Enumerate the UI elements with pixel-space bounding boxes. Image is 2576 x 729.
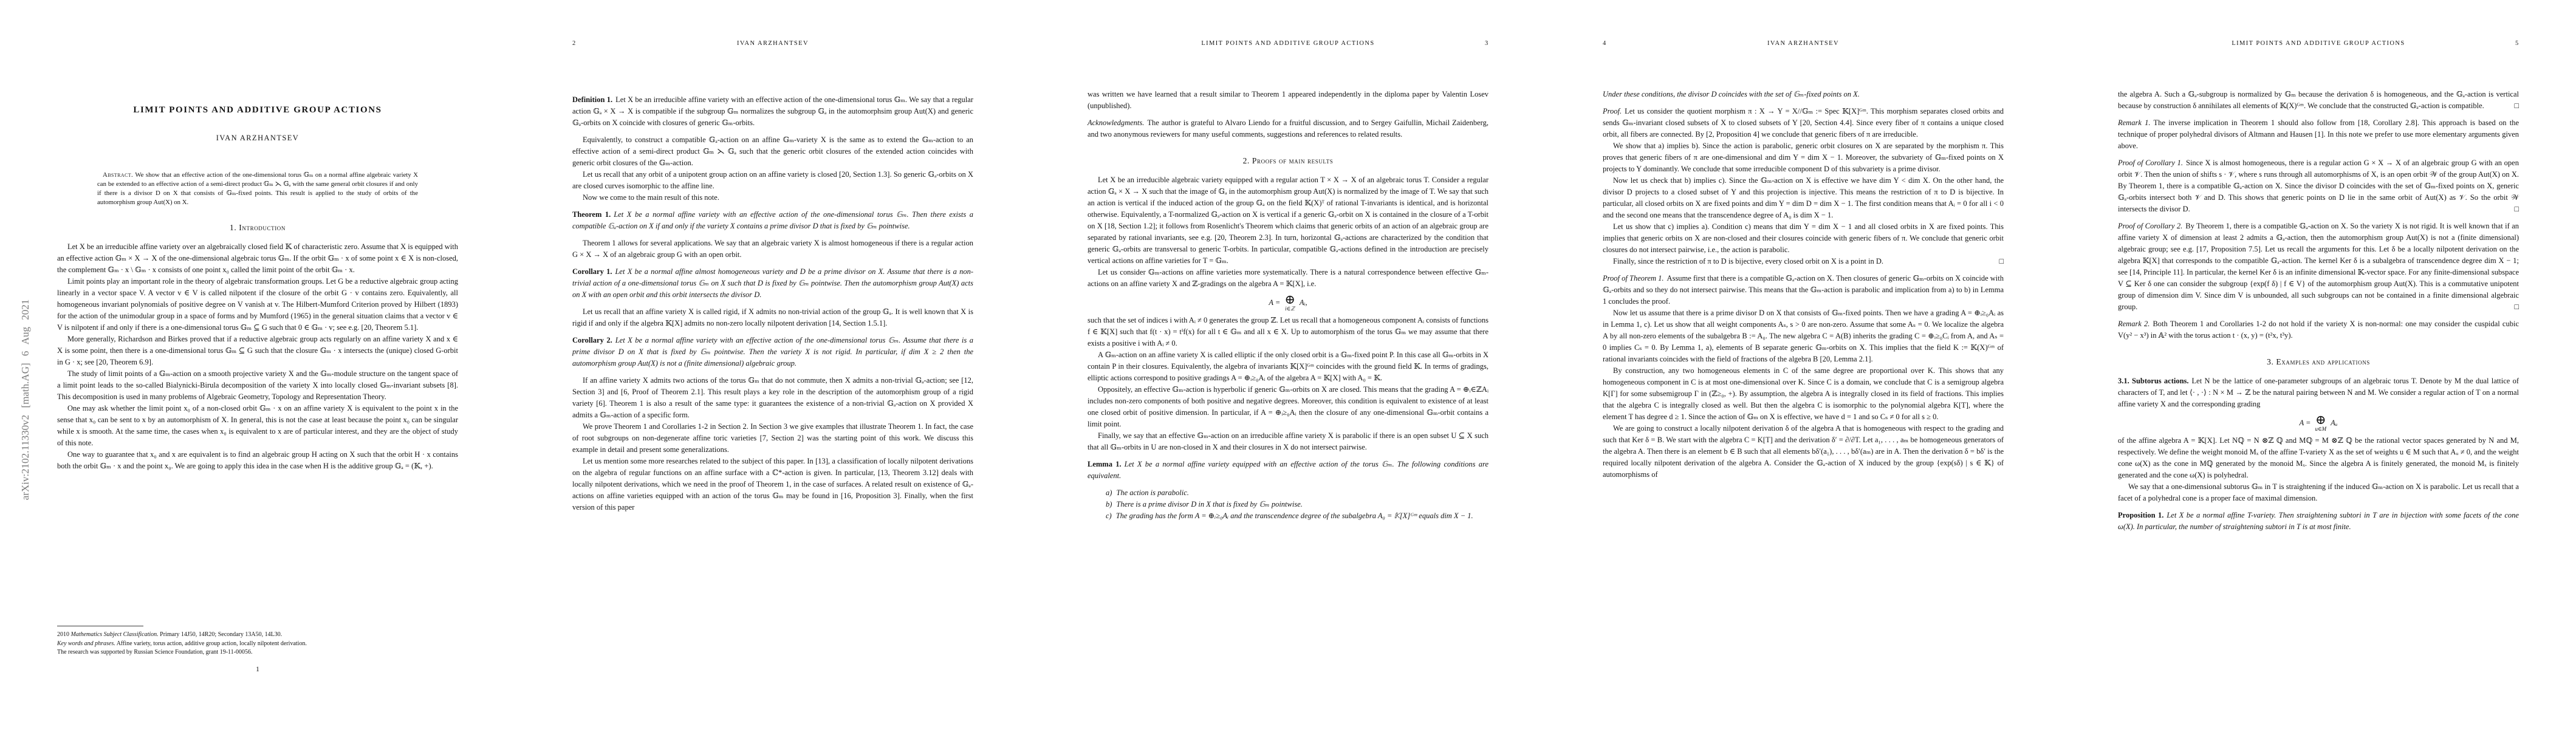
footnote-funding-text: The research was supported by Russian Sc… (57, 649, 253, 655)
paragraph-p: Now let us assume that there is a prime … (1603, 307, 2004, 365)
page-1: arXiv:2102.11330v2 [math.AG] 6 Aug 2021 … (0, 0, 515, 729)
paragraph-pn: the algebra A. Such a 𝔾ₐ-subgroup is nor… (2118, 89, 2519, 112)
block-label: Acknowledgments. (1088, 118, 1144, 127)
qed-square: □ (2514, 100, 2519, 112)
sum-index: u∈M (2315, 426, 2327, 432)
paragraph-p: We say that a one-dimensional subtorus 𝔾… (2118, 481, 2519, 504)
block-text: The study of limit points of a 𝔾ₘ-action… (57, 369, 458, 401)
paragraph-p: The study of limit points of a 𝔾ₘ-action… (57, 368, 458, 403)
paragraph-p: Oppositely, an effective 𝔾ₘ-action is hy… (1088, 384, 1488, 430)
paragraph-p: We are going to construct a locally nilp… (1603, 423, 2004, 481)
block-label: Proposition 1. (2118, 511, 2163, 519)
paragraph-remark: Remark 2.Both Theorem 1 and Corollaries … (2118, 318, 2519, 341)
block-text: Finally, we say that an effective 𝔾ₘ-act… (1088, 431, 1488, 451)
paragraph-p: Let us consider 𝔾ₘ-actions on affine var… (1088, 267, 1488, 290)
footnote-line-keywords: Key words and phrases. Affine variety, t… (57, 640, 458, 649)
lemma-list-item: a)The action is parabolic. (1088, 487, 1488, 499)
paragraph-p: Let X be an irreducible algebraic variet… (1088, 174, 1488, 267)
paragraph-p: Now let us check that b) implies c). Sin… (1603, 175, 2004, 221)
paper-screenshot: { "arxiv_stamp": "arXiv:2102.11330v2 [ma… (0, 0, 2576, 729)
oplus-symbol: ⊕ (2315, 414, 2326, 426)
section-heading: 2. Proofs of main results (1088, 155, 1488, 166)
block-text: was written we have learned that a resul… (1088, 90, 1488, 110)
qed-square: □ (1989, 256, 2004, 267)
abstract-label: Abstract. (103, 171, 133, 179)
paragraph-pn: was written we have learned that a resul… (1088, 89, 1488, 112)
block-label: Corollary 2. (572, 336, 612, 344)
section-heading: 1. Introduction (57, 222, 458, 233)
page-2-number: 2 (572, 40, 588, 47)
page-4-number: 4 (1603, 40, 1619, 47)
page-3-running-head: LIMIT POINTS AND ADDITIVE GROUP ACTIONS … (1088, 40, 1488, 47)
block-label: Proof. (1603, 107, 1622, 115)
block-label: Proof of Theorem 1. (1603, 274, 1664, 282)
block-text: Let X be a normal affine T-variety. Then… (2118, 511, 2519, 531)
footnote-rule (57, 626, 143, 626)
block-text: Now let us check that b) implies c). Sin… (1603, 176, 2004, 219)
paragraph-p: More generally, Richardson and Birkes pr… (57, 334, 458, 368)
paragraph-p: By construction, any two homogeneous ele… (1603, 365, 2004, 423)
page-1-number: 1 (0, 666, 515, 673)
lemma-list-item: b)There is a prime divisor D in X that i… (1088, 499, 1488, 510)
item-text: The action is parabolic. (1116, 488, 1188, 497)
direct-sum-operator: ⊕i∈ℤ (1284, 294, 1295, 312)
item-marker: a) (1106, 488, 1112, 497)
page-3-head-title: LIMIT POINTS AND ADDITIVE GROUP ACTIONS (1103, 40, 1473, 47)
paragraph-def: Definition 1.Let X be an irreducible aff… (572, 94, 973, 129)
block-text: By construction, any two homogeneous ele… (1603, 366, 2004, 421)
equation-lhs: A = (2300, 417, 2311, 429)
page-5-running-head: LIMIT POINTS AND ADDITIVE GROUP ACTIONS … (2118, 40, 2519, 47)
lemma-list-item: c)The grading has the form A = ⊕ᵢ≥₀Aᵢ an… (1088, 510, 1488, 522)
paragraph-p: A 𝔾ₘ-action on an affine variety X is ca… (1088, 349, 1488, 384)
block-text: One may ask whether the limit point x₀ o… (57, 404, 458, 447)
paragraph-thm: Corollary 2.Let X be a normal affine var… (572, 335, 973, 369)
paragraph-subsec: 3.1. Subtorus actions.Let N be the latti… (2118, 375, 2519, 410)
paragraph-p: One may ask whether the limit point x₀ o… (57, 403, 458, 449)
block-text: Let X be an irreducible affine variety w… (572, 95, 973, 127)
page-3: LIMIT POINTS AND ADDITIVE GROUP ACTIONS … (1030, 0, 1546, 729)
paragraph-p: Let us show that c) implies a). Conditio… (1603, 221, 2004, 256)
block-text: of the affine algebra A = 𝕂[X]. Let Nℚ =… (2118, 436, 2519, 479)
paragraph-p: Finally, we say that an effective 𝔾ₘ-act… (1088, 430, 1488, 453)
paragraph-pn: such that the set of indices i with Aᵢ ≠… (1088, 315, 1488, 349)
paper-title: LIMIT POINTS AND ADDITIVE GROUP ACTIONS (57, 104, 458, 116)
page-2-running-head: 2 IVAN ARZHANTSEV (572, 40, 973, 47)
paragraph-p: We prove Theorem 1 and Corollaries 1-2 i… (572, 421, 973, 456)
paragraph-p: Theorem 1 allows for several application… (572, 238, 973, 261)
page-4-running-head: 4 IVAN ARZHANTSEV (1603, 40, 2004, 47)
paragraph-p: If an affine variety X admits two action… (572, 375, 973, 421)
qed-square: □ (2514, 204, 2519, 215)
block-text: Let X be a normal affine variety with an… (572, 336, 973, 368)
block-label: Proof of Corollary 2. (2118, 222, 2182, 230)
equation-rhs: Aᵤ (2331, 417, 2337, 429)
paragraph-proof: Proof of Corollary 2.By Theorem 1, there… (2118, 221, 2519, 313)
block-text: We say that a one-dimensional subtorus 𝔾… (2118, 482, 2519, 502)
item-text: There is a prime divisor D in X that is … (1116, 500, 1302, 508)
page-5-content: the algebra A. Such a 𝔾ₐ-subgroup is nor… (2118, 89, 2519, 538)
paragraph-remark: Remark 1.The inverse implication in Theo… (2118, 117, 2519, 152)
footnote-keywords-lead: Key words and phrases. (57, 640, 115, 647)
equation-lhs: A = (1269, 297, 1280, 309)
block-text: Now let us assume that there is a prime … (1603, 309, 2004, 363)
block-text: Let us consider 𝔾ₘ-actions on affine var… (1088, 268, 1488, 288)
footnote-line-msc: 2010 Mathematics Subject Classification.… (57, 631, 458, 640)
block-text: Now we come to the main result of this n… (583, 193, 719, 202)
paragraph-p: Now we come to the main result of this n… (572, 192, 973, 204)
paper-abstract: Abstract. We show that an effective acti… (97, 171, 418, 207)
page-2-head-title: IVAN ARZHANTSEV (588, 40, 957, 47)
block-text: By Theorem 1, there is a compatible 𝔾ₐ-a… (2118, 222, 2519, 311)
block-text: Oppositely, an effective 𝔾ₘ-action is hy… (1088, 385, 1488, 428)
paragraph-thm: Proposition 1.Let X be a normal affine T… (2118, 510, 2519, 533)
block-label: Theorem 1. (572, 210, 611, 219)
block-label: Lemma 1. (1088, 460, 1122, 468)
page-1-content: LIMIT POINTS AND ADDITIVE GROUP ACTIONS … (57, 0, 458, 472)
item-marker: b) (1106, 500, 1112, 508)
paragraph-p: Let us mention some more researches rela… (572, 456, 973, 513)
page-3-number: 3 (1473, 40, 1488, 47)
equation-rhs: Aᵢ, (1300, 297, 1307, 309)
block-label: Remark 1. (2118, 118, 2151, 127)
footnote-msc-text: Primary 14J50, 14R20; Secondary 13A50, 1… (159, 631, 283, 638)
block-text: Let us recall that an affine variety X i… (572, 307, 973, 327)
paragraph-proof: Proof of Theorem 1.Assume first that the… (1603, 273, 2004, 307)
block-text: the algebra A. Such a 𝔾ₐ-subgroup is nor… (2118, 90, 2519, 110)
footnote-msc-lead: Mathematics Subject Classification. (71, 631, 159, 638)
block-text: Let X be an irreducible algebraic variet… (1088, 176, 1488, 265)
page-2: 2 IVAN ARZHANTSEV Definition 1.Let X be … (515, 0, 1030, 729)
footnote-block: 2010 Mathematics Subject Classification.… (57, 626, 458, 657)
item-marker: c) (1106, 512, 1112, 520)
block-text: Let X be a normal affine variety equippe… (1088, 460, 1488, 480)
oplus-symbol: ⊕ (1284, 294, 1295, 306)
block-text: Both Theorem 1 and Corollaries 1-2 do no… (2118, 320, 2519, 340)
page-4: 4 IVAN ARZHANTSEV Under these conditions… (1546, 0, 2061, 729)
block-label: Definition 1. (572, 95, 612, 104)
block-text: Let X be a normal affine variety with an… (572, 210, 973, 230)
footnote-keywords-text: Affine variety, torus action, additive g… (115, 640, 307, 647)
paragraph-p: One way to guarantee that x₀ and x are e… (57, 449, 458, 472)
paragraph-p: Let us recall that any orbit of a unipot… (572, 169, 973, 192)
block-text: Let us recall that any orbit of a unipot… (572, 170, 973, 190)
page-2-content: Definition 1.Let X be an irreducible aff… (572, 89, 973, 513)
page-4-head-title: IVAN ARZHANTSEV (1619, 40, 1988, 47)
paragraph-proof: Proof.Let us consider the quotient morph… (1603, 106, 2004, 140)
direct-sum-operator: ⊕u∈M (2315, 414, 2327, 432)
block-text: Limit points play an important role in t… (57, 277, 458, 332)
qed-square: □ (2514, 301, 2519, 313)
footnote-line-funding: The research was supported by Russian Sc… (57, 648, 458, 657)
paragraph-thm: Theorem 1.Let X be a normal affine varie… (572, 209, 973, 232)
page-1-blocks: 1. IntroductionLet X be an irreducible a… (57, 222, 458, 472)
block-text: We are going to construct a locally nilp… (1603, 424, 2004, 479)
paper-author: IVAN ARZHANTSEV (57, 132, 458, 144)
paragraph-p: Equivalently, to construct a compatible … (572, 134, 973, 169)
paragraph-p: Limit points play an important role in t… (57, 276, 458, 334)
block-text: If an affine variety X admits two action… (572, 376, 973, 419)
block-text: One way to guarantee that x₀ and x are e… (57, 450, 458, 470)
paragraph-thm: Lemma 1.Let X be a normal affine variety… (1088, 459, 1488, 482)
block-text: More generally, Richardson and Birkes pr… (57, 335, 458, 366)
block-text: Equivalently, to construct a compatible … (572, 135, 973, 167)
sum-index: i∈ℤ (1285, 306, 1295, 312)
paragraph-thm: Corollary 1.Let X be a normal affine alm… (572, 266, 973, 301)
paragraph-proof: Proof of Corollary 1.Since X is almost h… (2118, 157, 2519, 215)
block-text: We prove Theorem 1 and Corollaries 1-2 i… (572, 422, 973, 454)
block-text: The author is grateful to Alvaro Liendo … (1088, 118, 1488, 139)
paragraph-pn: of the affine algebra A = 𝕂[X]. Let Nℚ =… (2118, 435, 2519, 481)
block-label: Proof of Corollary 1. (2118, 159, 2183, 167)
paragraph-p: Let us recall that an affine variety X i… (572, 306, 973, 329)
paragraph-p: We show that a) implies b). Since the ac… (1603, 140, 2004, 175)
arxiv-sidebar-stamp: arXiv:2102.11330v2 [math.AG] 6 Aug 2021 (19, 187, 32, 612)
block-label: Remark 2. (2118, 320, 2150, 328)
block-text: We show that a) implies b). Since the ac… (1603, 142, 2004, 173)
block-label: Corollary 1. (572, 267, 612, 276)
block-text: Finally, since the restriction of π to D… (1613, 257, 1883, 265)
block-label: 3.1. Subtorus actions. (2118, 377, 2189, 385)
paragraph-remark: Acknowledgments.The author is grateful t… (1088, 117, 1488, 140)
page-4-content: Under these conditions, the divisor D co… (1603, 89, 2004, 481)
block-text: Let us show that c) implies a). Conditio… (1603, 222, 2004, 254)
block-text: A 𝔾ₘ-action on an affine variety X is ca… (1088, 351, 1488, 382)
abstract-text: We show that an effective action of the … (97, 171, 418, 206)
paragraph-p: Finally, since the restriction of π to D… (1603, 256, 2004, 267)
page-5-head-title: LIMIT POINTS AND ADDITIVE GROUP ACTIONS (2134, 40, 2503, 47)
footnote-year: 2010 (57, 631, 71, 638)
block-text: such that the set of indices i with Aᵢ ≠… (1088, 316, 1488, 347)
block-text: The inverse implication in Theorem 1 sho… (2118, 118, 2519, 150)
paragraph-p: Let X be an irreducible affine variety o… (57, 241, 458, 276)
section-heading: 3. Examples and applications (2118, 356, 2519, 368)
page-5-number: 5 (2503, 40, 2519, 47)
page-3-content: was written we have learned that a resul… (1088, 89, 1488, 522)
block-text: Let X be an irreducible affine variety o… (57, 242, 458, 274)
block-text: Let us consider the quotient morphism π … (1603, 107, 2004, 139)
paragraph-pni: Under these conditions, the divisor D co… (1603, 89, 2004, 100)
block-text: Let X be a normal affine almost homogene… (572, 267, 973, 299)
item-text: The grading has the form A = ⊕ᵢ≥₀Aᵢ and … (1116, 512, 1473, 520)
displayed-equation: A =⊕i∈ℤAᵢ, (1088, 294, 1488, 312)
page-5: LIMIT POINTS AND ADDITIVE GROUP ACTIONS … (2061, 0, 2576, 729)
block-text: Theorem 1 allows for several application… (572, 239, 973, 259)
block-text: Under these conditions, the divisor D co… (1603, 90, 1860, 98)
block-text: Let us mention some more researches rela… (572, 457, 973, 512)
displayed-equation: A =⊕u∈MAᵤ (2118, 414, 2519, 432)
